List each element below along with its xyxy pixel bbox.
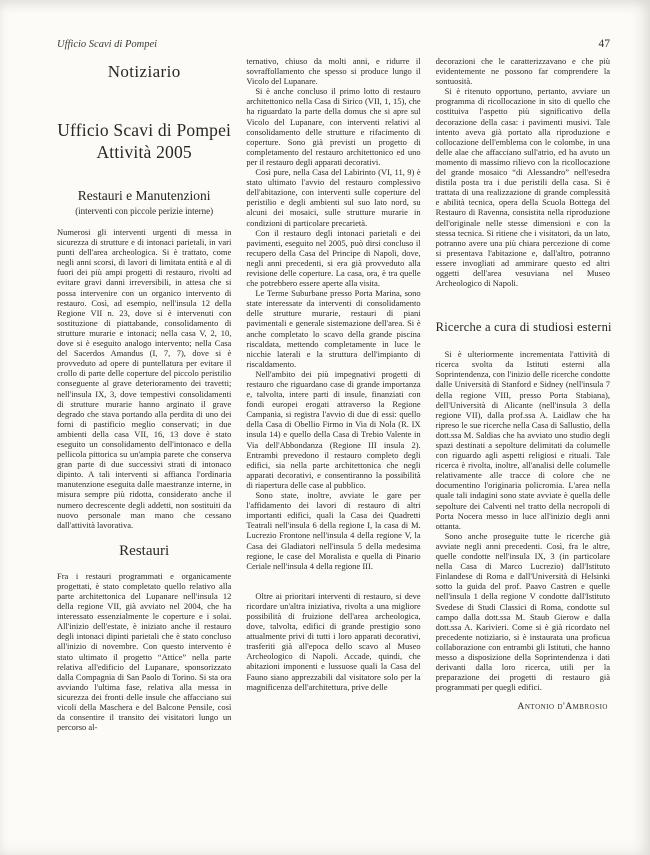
article-title-line2: Attività 2005 (96, 142, 191, 162)
right-column-body: decorazioni che le caratterizzavano e ch… (436, 56, 610, 288)
body-paragraph: Sono anche proseguite tutte le ricerche … (436, 531, 610, 693)
body-paragraph: Le Terme Suburbane presso Porta Marina, … (246, 288, 420, 369)
column-left: Notiziario Ufficio Scavi di Pompei Attiv… (57, 56, 231, 825)
subheading-restauri-manutenzioni: Restauri e Manutenzioni (57, 188, 231, 204)
right-column-ricerche-body: Si è ulteriormente incrementata l'attivi… (436, 349, 610, 692)
body-paragraph: Sono state, inoltre, avviate le gare per… (246, 490, 420, 571)
body-paragraph: Si è ritenuto opportuno, pertanto, avvia… (436, 86, 610, 288)
running-title: Ufficio Scavi di Pompei (57, 39, 157, 50)
heading-restauri: Restauri (57, 543, 231, 560)
article-title: Ufficio Scavi di Pompei Attività 2005 (57, 119, 231, 163)
left-column-restauri-body: Fra i restauri programmati e organicamen… (57, 571, 231, 733)
subheading-note: (interventi con piccole perizie interne) (57, 206, 231, 216)
body-paragraph: decorazioni che le caratterizzavano e ch… (436, 56, 610, 86)
body-paragraph: Nell'ambito dei più impegnativi progetti… (246, 369, 420, 490)
left-column-body: Numerosi gli interventi urgenti di messa… (57, 227, 231, 530)
body-paragraph: Oltre ai prioritari interventi di restau… (246, 591, 420, 692)
column-right: decorazioni che le caratterizzavano e ch… (436, 56, 610, 825)
article-title-line1: Ufficio Scavi di Pompei (57, 120, 231, 140)
body-paragraph: Fra i restauri programmati e organicamen… (57, 571, 231, 733)
body-paragraph: Si è anche concluso il primo lotto di re… (246, 86, 420, 167)
document-page: Ufficio Scavi di Pompei 47 Notiziario Uf… (0, 0, 650, 855)
column-middle: ternativo, chiuso da molti anni, e ridur… (246, 56, 420, 825)
middle-column-body: ternativo, chiuso da molti anni, e ridur… (246, 56, 420, 692)
page-number: 47 (599, 38, 611, 50)
heading-ricerche-studiosi-esterni: Ricerche a cura di studiosi esterni (436, 320, 610, 335)
body-paragraph: Numerosi gli interventi urgenti di messa… (57, 227, 231, 530)
body-paragraph: Così pure, nella Casa del Labirinto (VI,… (246, 167, 420, 228)
author-signature: Antonio d'Ambrosio (436, 702, 610, 712)
text-columns: Notiziario Ufficio Scavi di Pompei Attiv… (57, 56, 610, 825)
body-paragraph: Si è ulteriormente incrementata l'attivi… (436, 349, 610, 531)
page-header: Ufficio Scavi di Pompei 47 (57, 38, 610, 50)
section-label-notiziario: Notiziario (57, 62, 231, 82)
body-paragraph: ternativo, chiuso da molti anni, e ridur… (246, 56, 420, 86)
body-paragraph: Con il restauro degli intonaci parietali… (246, 228, 420, 289)
